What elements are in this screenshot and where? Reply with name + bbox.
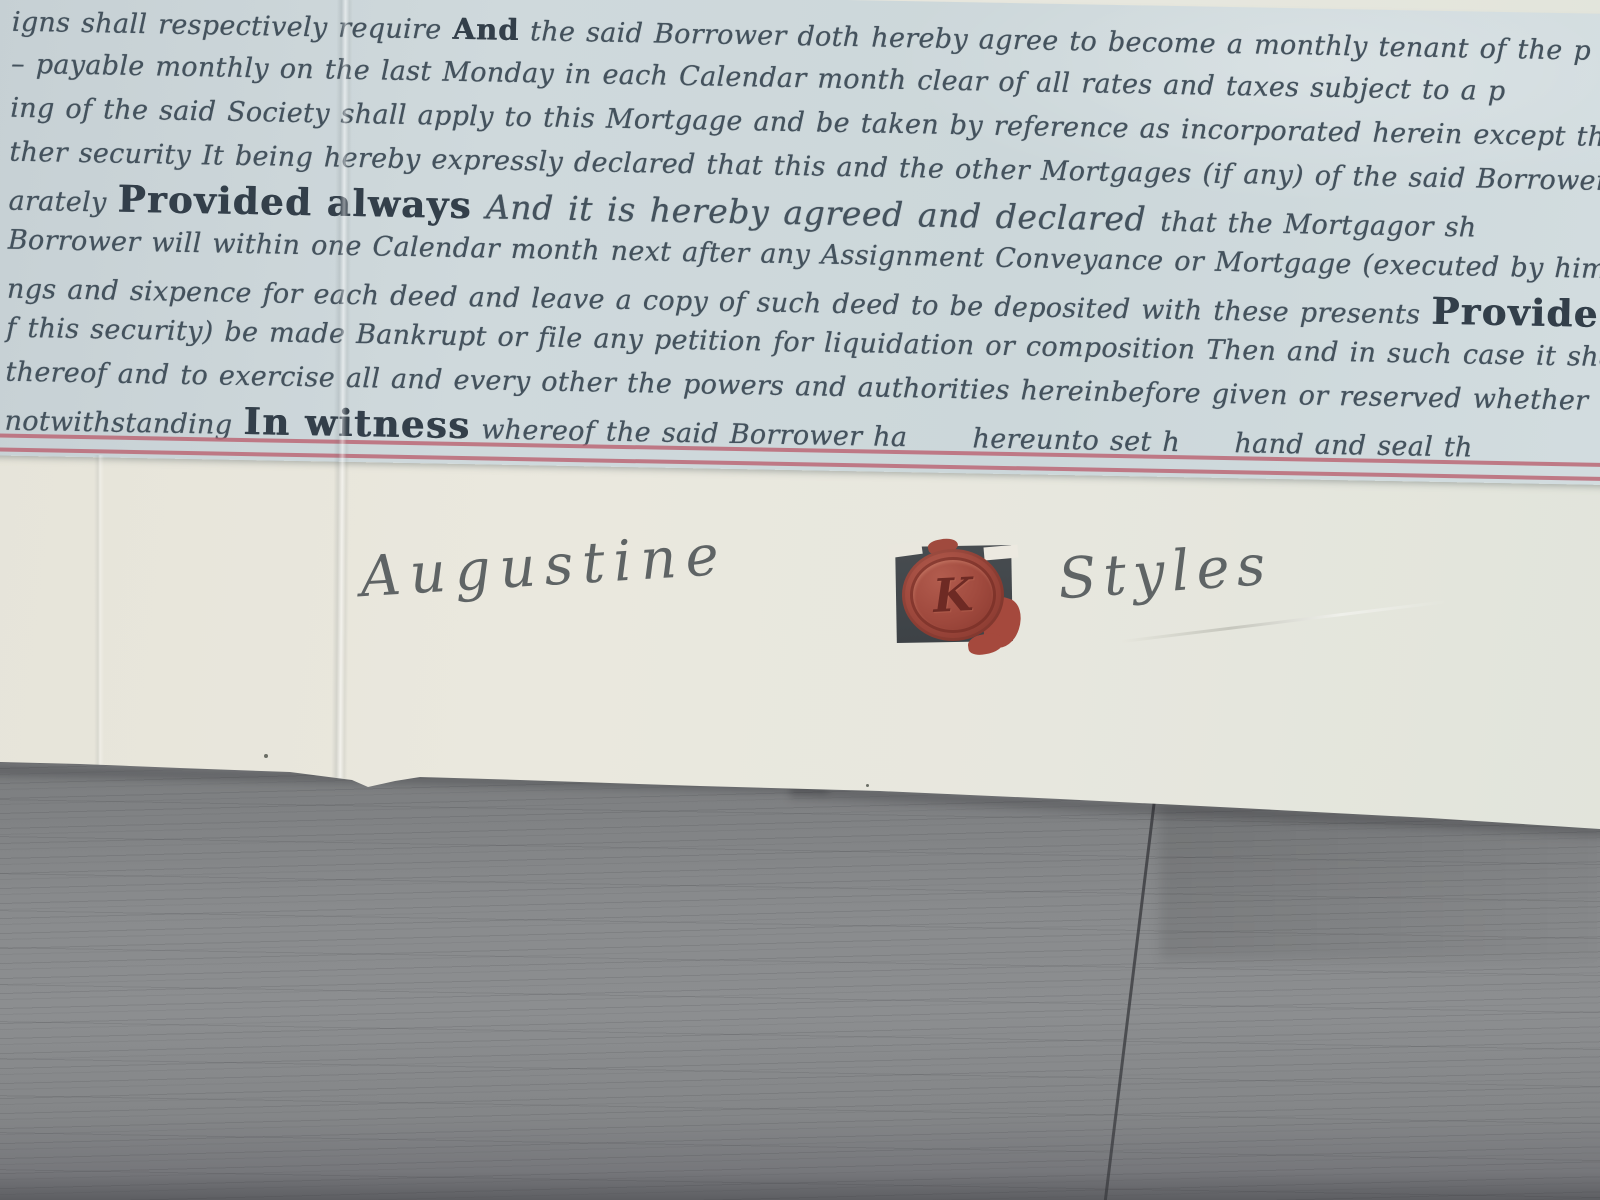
paper-speck bbox=[866, 784, 869, 787]
manuscript-segment: Provided las bbox=[1431, 289, 1600, 338]
manuscript-segment: arately bbox=[8, 186, 117, 219]
manuscript-segment: igns shall respectively require bbox=[12, 7, 453, 46]
manuscript-segment: And bbox=[452, 12, 519, 47]
diagonal-crease bbox=[1121, 600, 1449, 643]
seal-gothic-initial: K bbox=[932, 567, 975, 623]
wax-seal-disc: K bbox=[902, 549, 1004, 641]
faint-vertical-crease bbox=[94, 455, 104, 785]
manuscript-segment: Provided always bbox=[117, 177, 472, 227]
handwritten-text-band: igns shall respectively require And the … bbox=[0, 0, 1600, 487]
manuscript-segment: that the Mortgagor sh bbox=[1160, 207, 1477, 244]
seal-paper-strip-right bbox=[983, 545, 1018, 561]
signature-surname: Styles bbox=[1056, 533, 1274, 613]
photo-of-mortgage-deed: igns shall respectively require And the … bbox=[0, 0, 1600, 1200]
signature-first-name: Augustine bbox=[358, 523, 729, 610]
manuscript-segment: whereof the said Borrower ha hereunto se… bbox=[470, 414, 1473, 463]
manuscript-lines: igns shall respectively require And the … bbox=[0, 0, 1600, 470]
paper-speck bbox=[264, 754, 268, 758]
